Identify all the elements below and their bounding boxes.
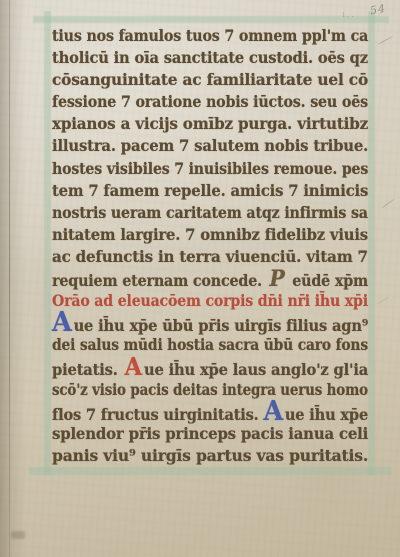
folio-dots: ı.. (342, 10, 356, 19)
line-text: dei salus mūdi hostia sacra ūbū caro fon… (52, 334, 368, 356)
manuscript-line-15: dei salus mūdi hostia sacra ūbū caro fon… (52, 334, 368, 356)
line-text: nostris ueram caritatem atqz infirmis sa (52, 202, 368, 224)
line-text: splendor pr̄is princeps pacis ianua celi (52, 423, 368, 445)
line-text: panis viu⁹ uirgīs partus vas puritatis. (52, 445, 368, 467)
manuscript-line-6: illustra. pacem 7 salutem nobis tribue. (52, 135, 368, 157)
line-text: tius nos famulos tuos 7 omnem ppl'm ca (52, 25, 368, 47)
manuscript-line-2: tholicū in oīa sanctitate custodi. oēs q… (52, 47, 368, 69)
manuscript-line-1: tius nos famulos tuos 7 omnem ppl'm ca (52, 25, 368, 47)
script-text: dei salus mūdi hostia sacra ūbū caro fon… (52, 335, 368, 354)
script-text: tholicū in oīa sanctitate custodi. oēs q… (52, 48, 368, 67)
manuscript-line-7: hostes visibiles 7 inuisibiles remoue. p… (52, 158, 368, 180)
manuscript-line-8: tem 7 famem repelle. amicis 7 inimicis (52, 180, 368, 202)
line-text: scō'z visio pacis deitas integra uerus h… (52, 379, 368, 401)
manuscript-line-10: nitatem largire. 7 omnibz fidelibz viuis (52, 224, 368, 246)
script-text: cōsanguinitate ac familiaritate uel cō (52, 70, 368, 89)
script-text: ac defunctis in terra viuenciū. vitam 7 (52, 247, 368, 266)
line-text: tem 7 famem repelle. amicis 7 inimicis (52, 180, 368, 202)
line-text: illustra. pacem 7 salutem nobis tribue. (52, 135, 368, 157)
manuscript-line-12: requiem eternam concede. P eūdē xp̄m (52, 268, 368, 290)
manuscript-line-3: cōsanguinitate ac familiaritate uel cō (52, 69, 368, 91)
line-text: fessione 7 oratione nobis iūctos. seu oē… (52, 91, 368, 113)
manuscript-line-17: scō'z visio pacis deitas integra uerus h… (52, 379, 368, 401)
manuscript-line-13: Orāo ad eleuacōem corpis dn̄i nr̄i ih̄u … (52, 290, 368, 312)
line-text: hostes visibiles 7 inuisibiles remoue. p… (52, 158, 368, 180)
script-text: eūdē xp̄m (287, 271, 368, 290)
script-text: scō'z visio pacis deitas integra uerus h… (52, 380, 368, 399)
manuscript-line-9: nostris ueram caritatem atqz infirmis sa (52, 202, 368, 224)
line-text: tholicū in oīa sanctitate custodi. oēs q… (52, 47, 368, 69)
script-text: tius nos famulos tuos 7 omnem ppl'm ca (52, 26, 368, 45)
script-text: requiem eternam concede. (52, 271, 267, 290)
versal-initial: A (123, 352, 144, 381)
folio-number: 54 (369, 2, 387, 18)
script-text: ue ih̄u xp̄e ūbū pr̄is uirgīs filius agn… (74, 316, 369, 335)
ruled-frame-bottom (29, 467, 392, 475)
page-gutter-shadow (0, 0, 26, 557)
ruled-frame-top (33, 16, 389, 23)
script-text: panis viu⁹ uirgīs partus vas puritatis. (52, 446, 368, 465)
script-text: ue ih̄u xp̄e (285, 405, 368, 424)
line-text: nitatem largire. 7 omnibz fidelibz viuis (52, 224, 368, 246)
manuscript-photo: ı.. 54 tius nos famulos tuos 7 omnem ppl… (0, 0, 400, 557)
ruled-frame-left (44, 11, 51, 475)
script-text: tem 7 famem repelle. amicis 7 inimicis (52, 181, 368, 200)
script-text: xpianos a vicijs omībz purga. virtutibz (52, 114, 368, 133)
page-edge-line (9, 0, 10, 557)
manuscript-line-5: xpianos a vicijs omībz purga. virtutibz (52, 113, 368, 135)
script-text: flos 7 fructus uirginitatis. (52, 405, 263, 424)
script-text: ue ih̄u xp̄e laus anglo'z gl'ia (144, 360, 368, 379)
ruled-frame-right (368, 11, 375, 475)
faint-corner-mark (11, 531, 25, 539)
script-text: pietatis. (52, 360, 123, 379)
versal-initial: P (267, 266, 288, 292)
line-text: ac defunctis in terra viuenciū. vitam 7 (52, 246, 368, 268)
script-text: nostris ueram caritatem atqz infirmis sa (52, 203, 368, 222)
text-block: tius nos famulos tuos 7 omnem ppl'm cath… (52, 25, 368, 467)
manuscript-line-4: fessione 7 oratione nobis iūctos. seu oē… (52, 91, 368, 113)
line-text: Orāo ad eleuacōem corpis dn̄i nr̄i ih̄u … (52, 290, 368, 312)
manuscript-line-16: pietatis. Aue ih̄u xp̄e laus anglo'z gl'… (52, 356, 368, 378)
manuscript-line-11: ac defunctis in terra viuenciū. vitam 7 (52, 246, 368, 268)
line-text: cōsanguinitate ac familiaritate uel cō (52, 69, 368, 91)
manuscript-line-18: flos 7 fructus uirginitatis. Aue ih̄u xp… (52, 401, 368, 423)
script-text: splendor pr̄is princeps pacis ianua celi (52, 424, 368, 443)
manuscript-line-20: panis viu⁹ uirgīs partus vas puritatis. (52, 445, 368, 467)
script-text: fessione 7 oratione nobis iūctos. seu oē… (52, 92, 368, 111)
script-text: nitatem largire. 7 omnibz fidelibz viuis (52, 225, 368, 244)
line-text: xpianos a vicijs omībz purga. virtutibz (52, 113, 368, 135)
manuscript-line-14: Aue ih̄u xp̄e ūbū pr̄is uirgīs filius ag… (52, 312, 368, 334)
line-text: requiem eternam concede. P eūdē xp̄m (52, 268, 368, 292)
manuscript-line-19: splendor pr̄is princeps pacis ianua celi (52, 423, 368, 445)
rubric-text: Orāo ad eleuacōem corpis dn̄i nr̄i ih̄u … (52, 291, 368, 310)
script-text: illustra. pacem 7 salutem nobis tribue. (52, 136, 368, 155)
script-text: hostes visibiles 7 inuisibiles remoue. p… (52, 159, 368, 178)
